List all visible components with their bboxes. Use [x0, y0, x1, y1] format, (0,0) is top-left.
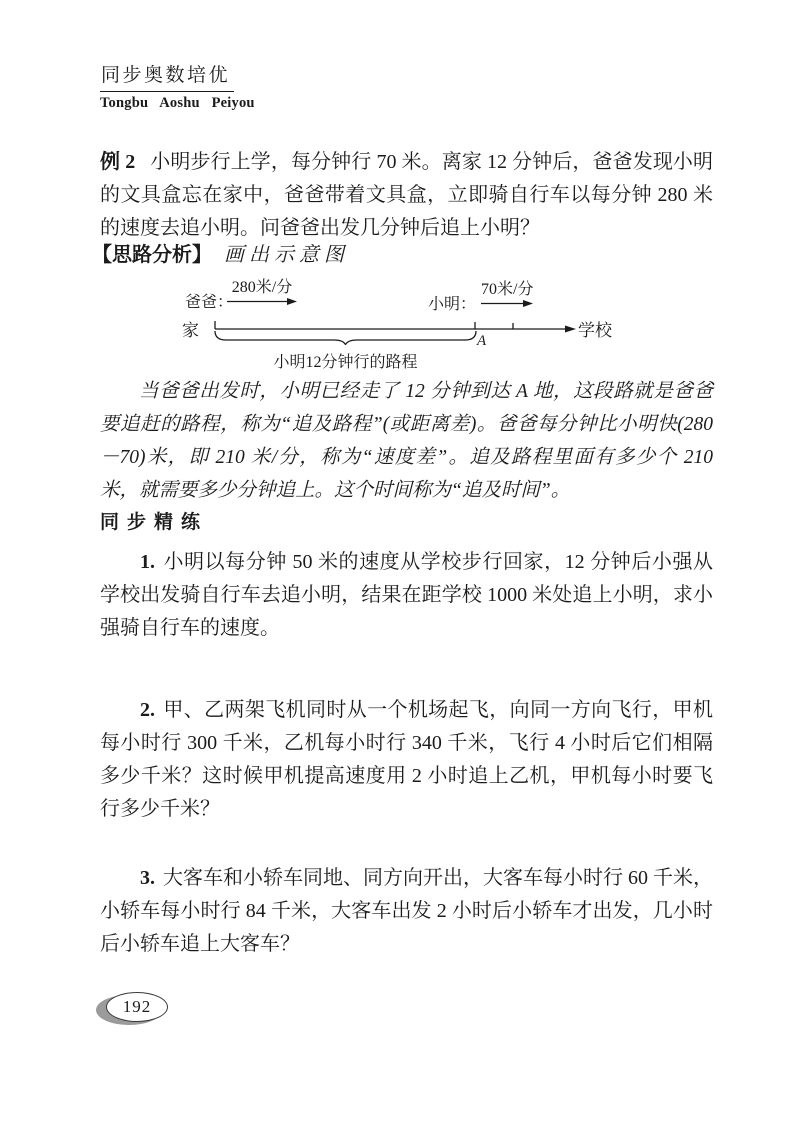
book-page: 同步奥数培优 Tongbu Aoshu Peiyou 例 2小明步行上学，每分钟…: [0, 0, 799, 1122]
analysis-heading: 【思路分析】画出示意图: [92, 240, 349, 270]
home-label: 家: [182, 316, 199, 341]
page-number: 192: [106, 992, 168, 1022]
page-number-badge: 192: [96, 991, 172, 1027]
problem-2-number: 2.: [140, 699, 155, 721]
son-speed-block: 70米/分: [479, 281, 535, 308]
brace-caption: 小明12分钟行的路程: [214, 349, 477, 372]
problem-1: 1.小明以每分钟 50 米的速度从学校步行回家，12 分钟后小强从学校出发骑自行…: [100, 546, 713, 645]
analysis-label: 【思路分析】: [92, 244, 212, 266]
son-label: 小明：: [428, 291, 476, 314]
problem-3-text: 大客车和小轿车同地、同方向开出，大客车每小时行 60 千米，小轿车每小时行 84…: [100, 867, 713, 955]
problem-1-text: 小明以每分钟 50 米的速度从学校步行回家，12 分钟后小强从学校出发骑自行车去…: [100, 551, 713, 639]
example-problem: 例 2小明步行上学，每分钟行 70 米。离家 12 分钟后，爸爸发现小明的文具盒…: [100, 146, 713, 245]
distance-brace: [214, 331, 477, 345]
dad-speed-arrow-icon: [227, 297, 297, 306]
school-label: 学校: [578, 316, 612, 341]
analysis-body: 当爸爸出发时，小明已经走了 12 分钟到达 A 地，这段路就是爸爸要追赶的路程，…: [100, 375, 713, 507]
point-a-label: A: [477, 333, 486, 350]
dad-speed-block: 280米/分: [227, 279, 297, 306]
analysis-note: 画出示意图: [224, 244, 349, 266]
problem-3-number: 3.: [140, 867, 155, 889]
problem-2: 2.甲、乙两架飞机同时从一个机场起飞，向同一方向飞行，甲机每小时行 300 千米…: [100, 694, 713, 826]
son-speed-label: 70米/分: [479, 281, 535, 299]
chase-diagram: 爸爸： 280米/分 小明： 70米/分 家 学校: [170, 278, 660, 378]
book-title-pinyin: Tongbu Aoshu Peiyou: [100, 95, 255, 112]
exercises-heading: 同步精练: [100, 507, 208, 534]
example-text: 小明步行上学，每分钟行 70 米。离家 12 分钟后，爸爸发现小明的文具盒忘在家…: [100, 151, 713, 239]
problem-3: 3.大客车和小轿车同地、同方向开出，大客车每小时行 60 千米，小轿车每小时行 …: [100, 862, 713, 961]
dad-speed-label: 280米/分: [230, 279, 294, 297]
book-title-chinese: 同步奥数培优: [100, 60, 234, 92]
son-speed-arrow-icon: [481, 299, 533, 308]
example-label: 例 2: [100, 151, 135, 173]
problem-2-text: 甲、乙两架飞机同时从一个机场起飞，向同一方向飞行，甲机每小时行 300 千米，乙…: [100, 699, 713, 820]
book-header: 同步奥数培优 Tongbu Aoshu Peiyou: [100, 60, 255, 112]
dad-label: 爸爸：: [185, 289, 233, 312]
problem-1-number: 1.: [140, 551, 155, 573]
